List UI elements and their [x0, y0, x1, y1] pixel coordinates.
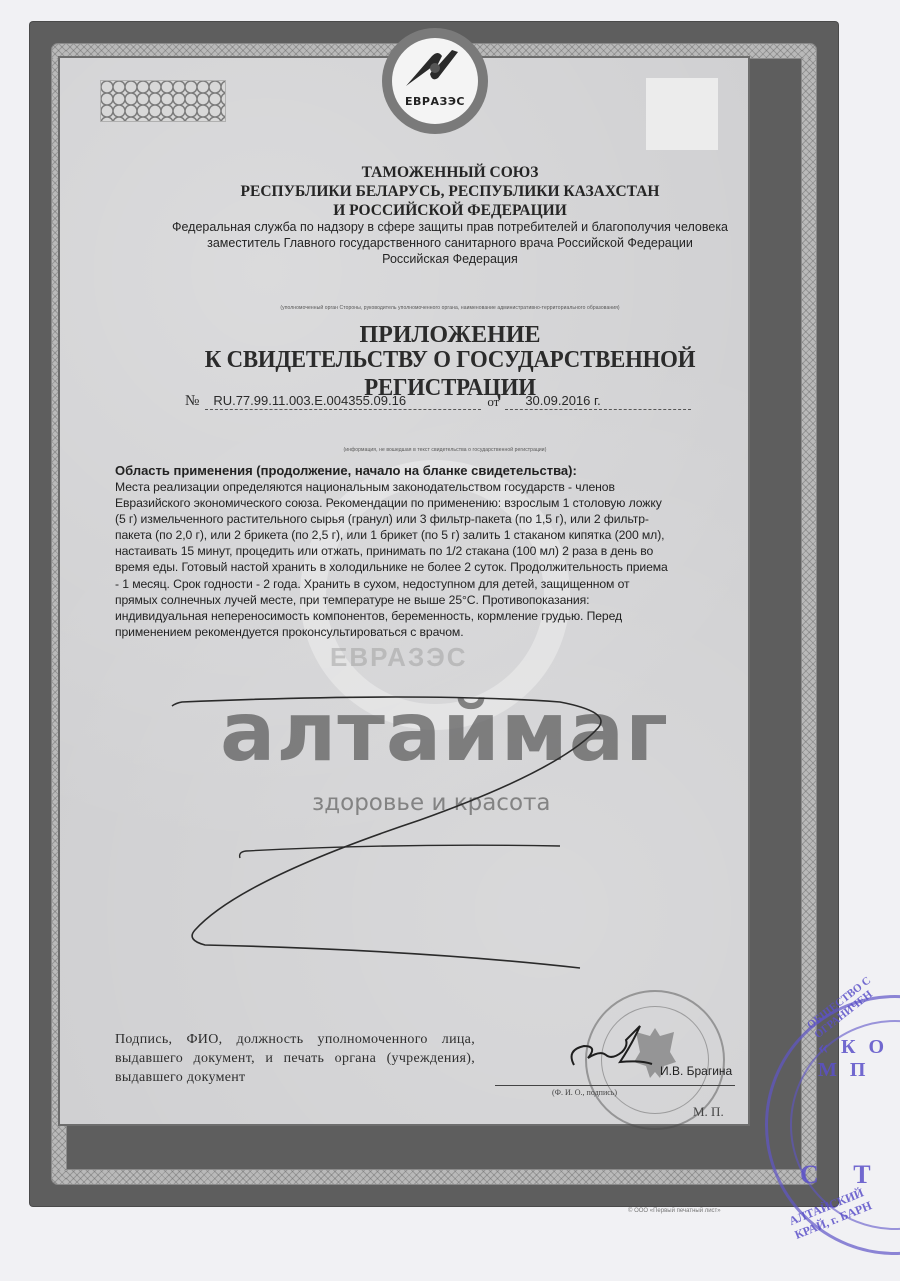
number-label: №	[185, 393, 199, 410]
registration-date: 30.09.2016 г.	[505, 393, 691, 410]
scope-text: Места реализации определяются национальн…	[115, 479, 785, 640]
security-pattern	[100, 80, 226, 122]
signer-name: И.В. Брагина	[660, 1064, 732, 1078]
eurasec-emblem: ЕВРАЗЭС	[382, 28, 488, 134]
authority-block: Федеральная служба по надзору в сфере за…	[100, 219, 800, 267]
date-label: от	[487, 394, 499, 410]
registration-caption: (информация, не вошедшая в текст свидете…	[280, 447, 610, 453]
stamp-text-name: « К О М П	[818, 1036, 900, 1082]
watermark-faint-text: ЕВРАЗЭС	[330, 642, 468, 673]
brand-watermark: алтаймаг	[220, 692, 669, 774]
signature-line	[495, 1085, 735, 1086]
authority-caption: (уполномоченный орган Стороны, руководит…	[160, 305, 740, 311]
stamp-place-label: М. П.	[693, 1104, 724, 1120]
registration-number: RU.77.99.11.003.E.004355.09.16	[205, 393, 481, 410]
brand-tagline: здоровье и красота	[312, 790, 551, 816]
emblem-label: ЕВРАЗЭС	[405, 95, 465, 108]
registration-line: № RU.77.99.11.003.E.004355.09.16 от 30.0…	[185, 393, 691, 410]
eurasec-emblem-icon	[402, 46, 468, 92]
fio-caption: (Ф. И. О., подпись)	[552, 1088, 617, 1097]
document-title: ПРИЛОЖЕНИЕ	[100, 322, 800, 349]
signature-caption: Подпись, ФИО, должность уполномоченного …	[115, 1030, 475, 1087]
customs-union-heading: ТАМОЖЕННЫЙ СОЮЗ РЕСПУБЛИКИ БЕЛАРУСЬ, РЕС…	[100, 163, 800, 220]
printer-credit: © ООО «Первый печатный лист»	[628, 1208, 721, 1214]
scope-heading: Область применения (продолжение, начало …	[115, 463, 577, 478]
blank-box	[646, 78, 718, 150]
